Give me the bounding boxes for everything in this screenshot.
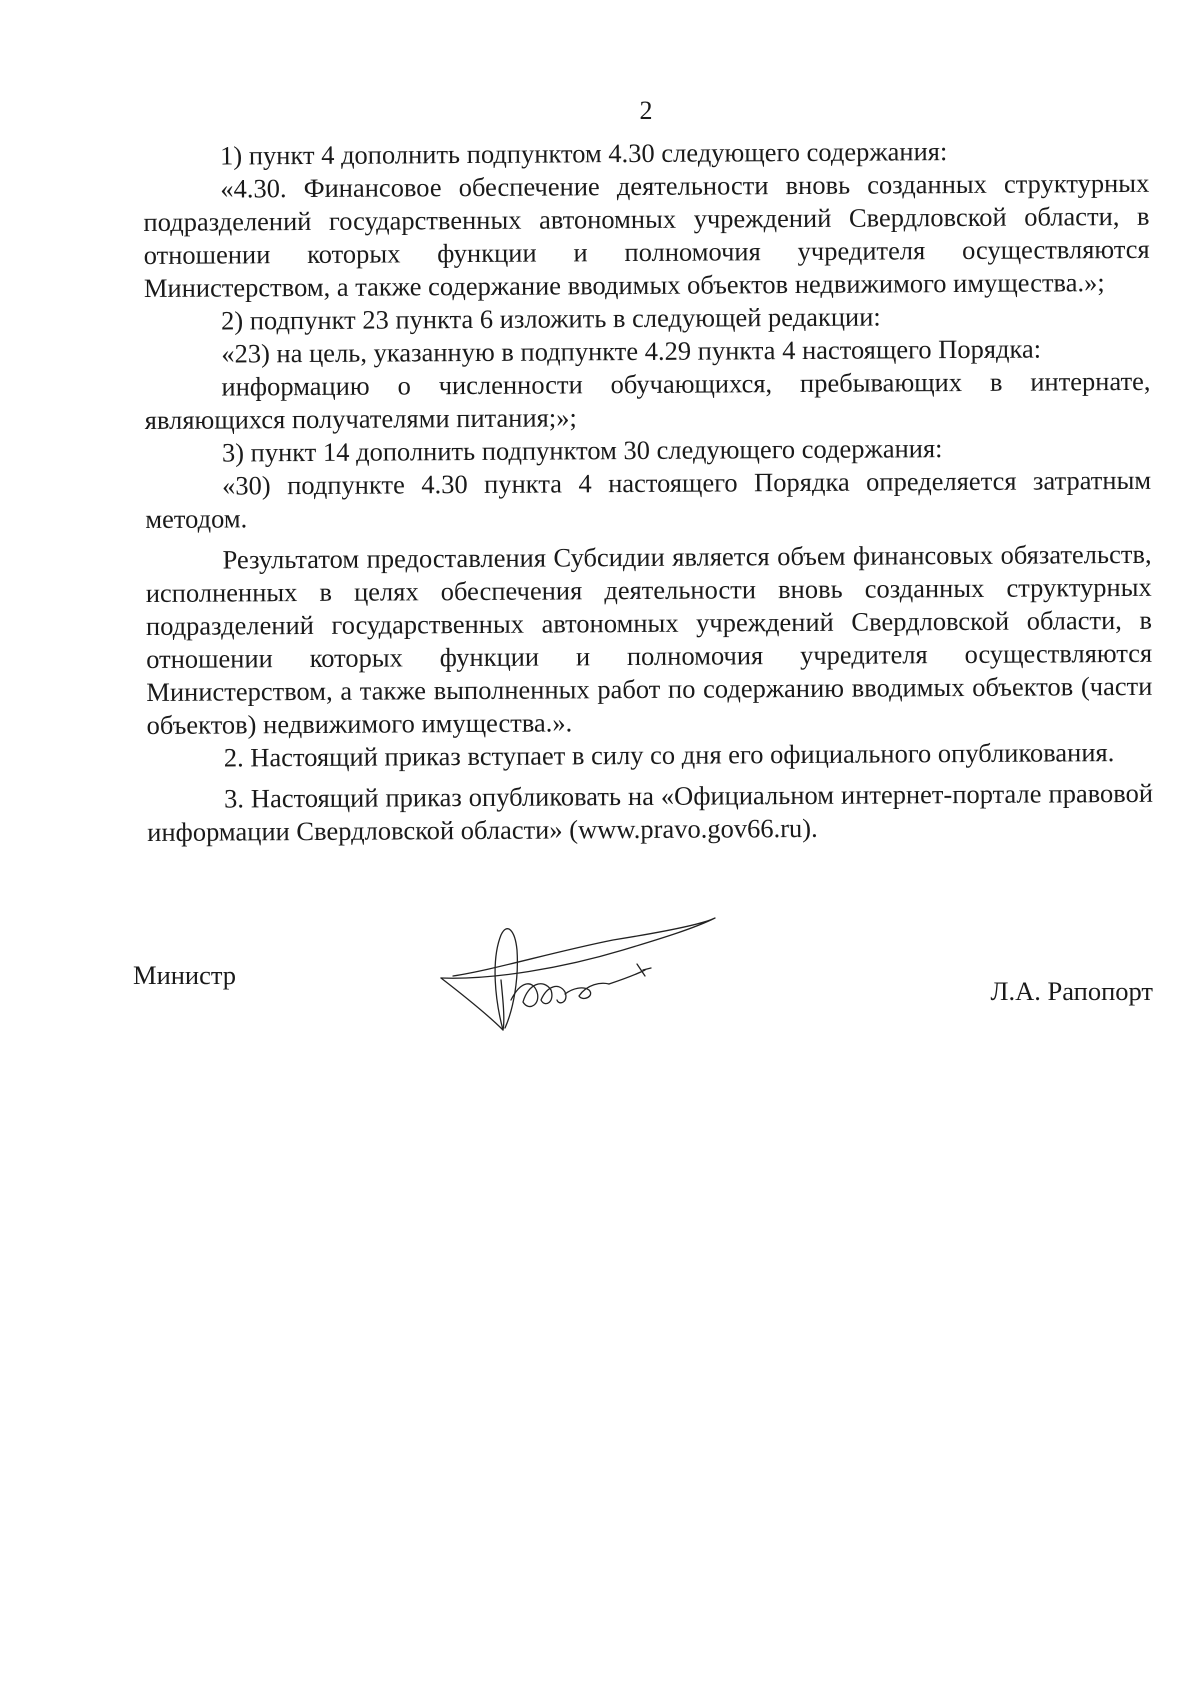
document-page: 2 1) пункт 4 дополнить подпунктом 4.30 с… xyxy=(0,0,1200,1697)
signature-block: Министр Л.А. Рапопорт xyxy=(133,950,1153,1060)
paragraph-publication: 3. Настоящий приказ опубликовать на «Офи… xyxy=(147,777,1153,849)
paragraph-clause-23-info: информацию о численности обучающихся, пр… xyxy=(144,365,1150,437)
document-body: 1) пункт 4 дополнить подпунктом 4.30 сле… xyxy=(143,134,1153,849)
signer-name: Л.А. Рапопорт xyxy=(991,976,1153,1007)
paragraph-effective-date: 2. Настоящий приказ вступает в силу со д… xyxy=(147,736,1153,775)
paragraph-clause-30: «30) подпункте 4.30 пункта 4 настоящего … xyxy=(145,464,1151,536)
signature-icon xyxy=(433,910,723,1040)
page-number: 2 xyxy=(0,96,1200,126)
paragraph-clause-4-30: «4.30. Финансовое обеспечение деятельнос… xyxy=(143,167,1150,305)
paragraph-subsidy-result: Результатом предоставления Субсидии явля… xyxy=(145,538,1152,742)
signer-title: Министр xyxy=(133,960,236,991)
